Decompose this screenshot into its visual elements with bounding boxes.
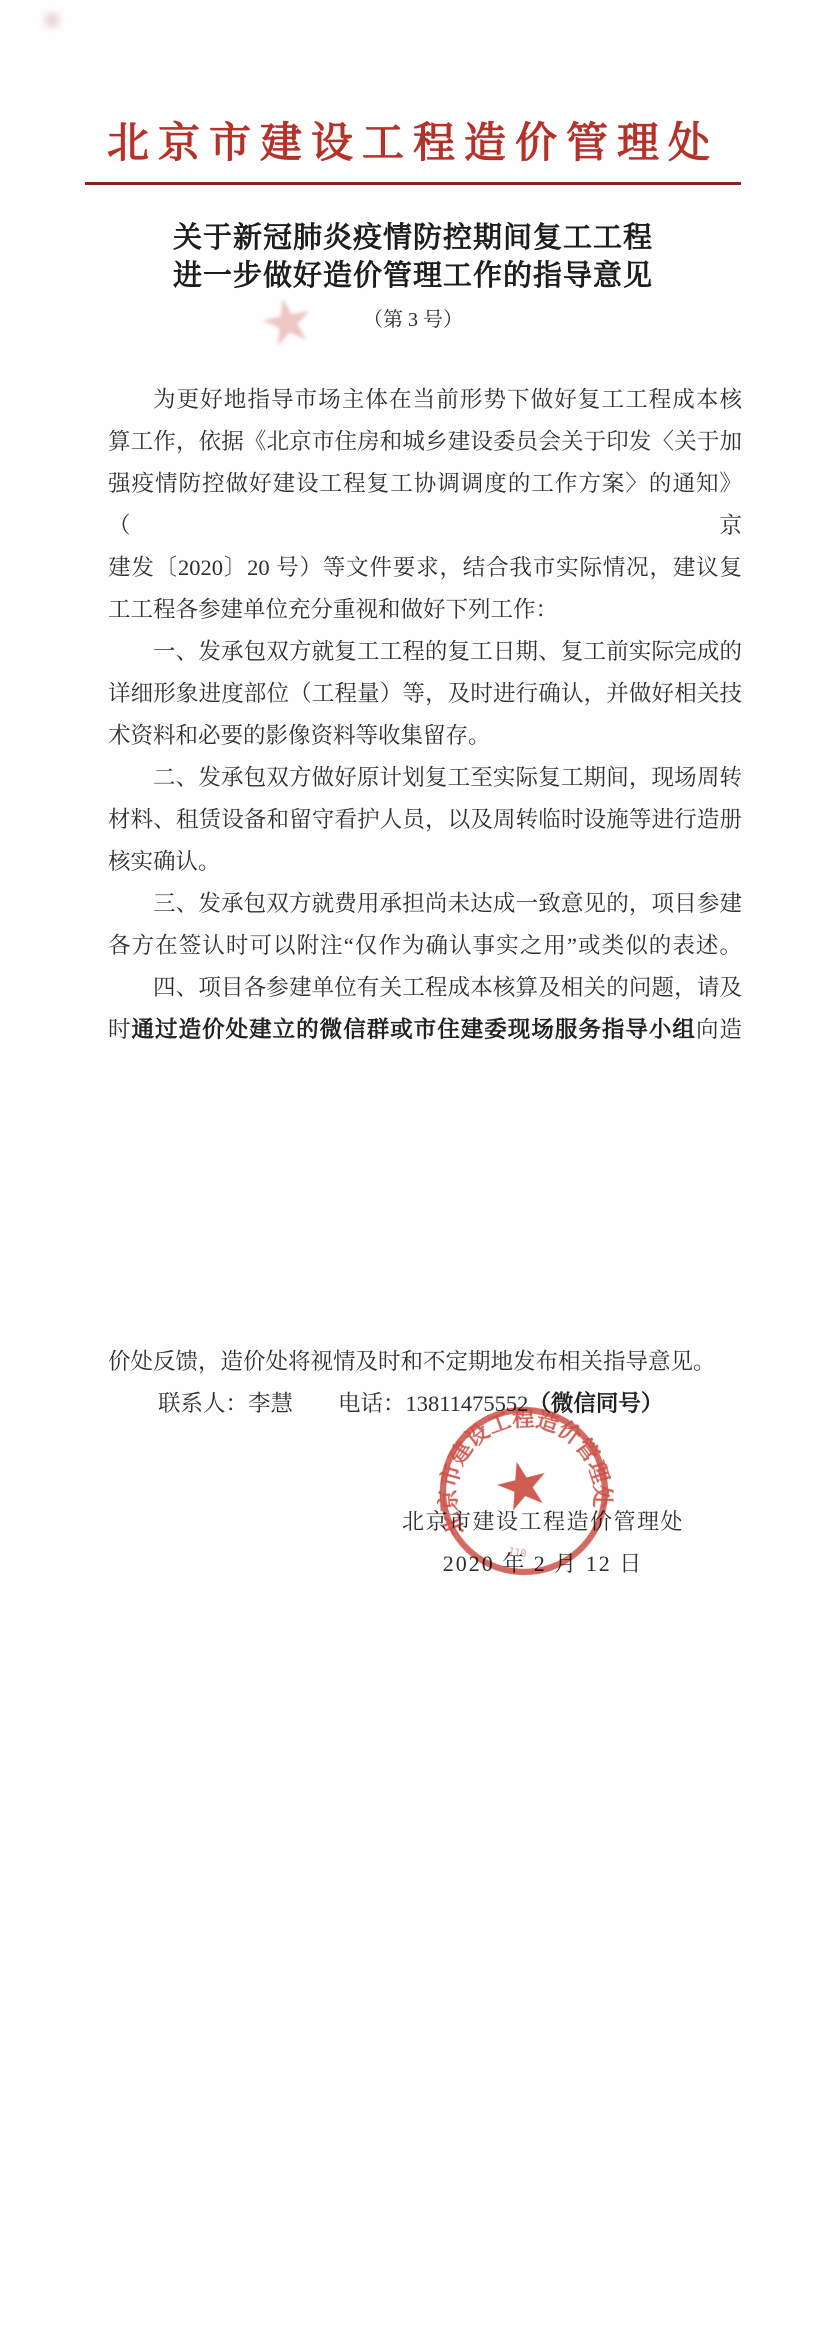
paragraph-1-line: 建发〔2020〕20 号）等文件要求，结合我市实际情况，建议复 (108, 547, 742, 589)
item-4-line: 四、项目各参建单位有关工程成本核算及相关的问题，请及 (108, 967, 742, 1009)
item-2-line: 二、发承包双方做好原计划复工至实际复工期间，现场周转 (108, 757, 742, 799)
paragraph-1-line: 为更好地指导市场主体在当前形势下做好复工工程成本核 (108, 379, 742, 421)
faint-stamp-residue: ★ (254, 287, 321, 359)
issuing-org-header: 北京市建设工程造价管理处 (0, 0, 826, 172)
paragraph-1-line: 工工程各参建单位充分重视和做好下列工作： (108, 589, 742, 631)
paragraph-1-line: 算工作，依据《北京市住房和城乡建设委员会关于印发〈关于加 (108, 421, 742, 463)
item-3-line: 各方在签认时可以附注“仅作为确认事实之用”或类似的表述。 (108, 925, 742, 967)
header-divider-rule (85, 182, 741, 185)
page-break-gap (108, 1051, 742, 1341)
item-2-line: 核实确认。 (108, 841, 742, 883)
scanned-official-document: 北京市建设工程造价管理处 关于新冠肺炎疫情防控期间复工工程 进一步做好造价管理工… (0, 0, 826, 2338)
document-title-line2: 进一步做好造价管理工作的指导意见 (0, 257, 826, 295)
document-title: 关于新冠肺炎疫情防控期间复工工程 进一步做好造价管理工作的指导意见 (0, 219, 826, 295)
seal-star-icon: ★ (486, 1444, 559, 1527)
continuation-line: 价处反馈，造价处将视情及时和不定期地发布相关指导意见。 (108, 1341, 742, 1383)
item-1-line: 一、发承包双方就复工工程的复工日期、复工前实际完成的 (108, 631, 742, 673)
paragraph-1-line: 强疫情防控做好建设工程复工协调调度的工作方案〉的通知》（京 (108, 463, 742, 547)
document-body: 为更好地指导市场主体在当前形势下做好复工工程成本核 算工作，依据《北京市住房和城… (108, 379, 742, 1425)
document-title-line1: 关于新冠肺炎疫情防控期间复工工程 (0, 219, 826, 257)
item-4-line: 时通过造价处建立的微信群或市住建委现场服务指导小组向造 (108, 1009, 742, 1051)
svg-text:110: 110 (504, 1541, 530, 1565)
item-3-line: 三、发承包双方就费用承担尚未达成一致意见的，项目参建 (108, 883, 742, 925)
item-4-normal-text: 向造 (696, 1017, 742, 1042)
document-number: （第 3 号） (0, 307, 826, 333)
item-4-normal-text: 时 (108, 1017, 132, 1042)
item-4-bold-text: 通过造价处建立的微信群或市住建委现场服务指导小组 (132, 1017, 696, 1042)
item-2-line: 材料、租赁设备和留守看护人员，以及周转临时设施等进行造册 (108, 799, 742, 841)
scan-smudge-artifact (40, 8, 64, 32)
seal-code: 110 (504, 1541, 530, 1565)
item-1-line: 详细形象进度部位（工程量）等，及时进行确认，并做好相关技 (108, 673, 742, 715)
item-1-line: 术资料和必要的影像资料等收集留存。 (108, 715, 742, 757)
